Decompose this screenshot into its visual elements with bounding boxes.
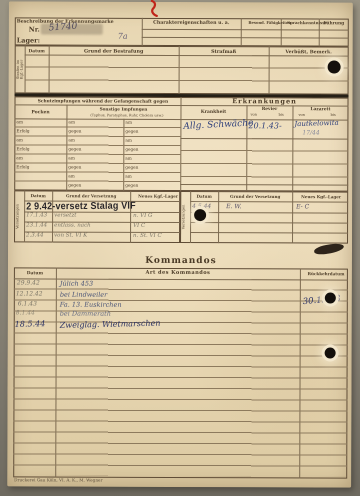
vaccinations-title: Schutzimpfungen während der Gefangenscha… xyxy=(38,99,158,104)
tl-lager-header: Neues Kgf.-Lager xyxy=(138,195,172,199)
row-label: am xyxy=(125,157,132,161)
punish-grund-header: Grund der Bestrafung xyxy=(62,49,166,54)
footer-imprint: Druckerei Gau Köln, VI. A. K., M. Wegner xyxy=(14,478,102,483)
nr-label: Nr. xyxy=(29,26,40,33)
kdo-rueck-header: Rückkehrdatum xyxy=(308,272,341,276)
ruled-rows xyxy=(25,54,349,91)
row-label: gegen xyxy=(68,166,81,170)
punishments-side-label: Strafen im Kgf.-Lager xyxy=(17,55,23,84)
kommandos-title: Kommandos xyxy=(14,256,348,266)
divider xyxy=(218,191,219,243)
row-label: gegen xyxy=(125,184,138,188)
transfer-row-datum: 17.1.43 xyxy=(26,213,47,219)
divider xyxy=(292,191,293,243)
transfer-row-grund: entlass. nach xyxy=(54,224,91,230)
row-label: Erfolg xyxy=(16,147,29,151)
col-sprachen-header: Sprachkenntnisse xyxy=(287,21,312,25)
tr-grund-header: Grund der Versetzung xyxy=(230,195,280,199)
lazarett-header: Lazarett xyxy=(300,107,340,111)
punish-strafmass-header: Strafmaß xyxy=(188,50,260,55)
transfer-row-lager: VI C xyxy=(133,224,145,230)
col-charakter-header: Charaktereigenschaften u. a. xyxy=(153,21,230,26)
kdo-row-art: bei Dammerath xyxy=(60,311,111,318)
lazarett-bis-label: bis xyxy=(330,114,335,118)
hole-punch-icon xyxy=(325,293,336,304)
tl-datum-header: Datum xyxy=(29,194,48,198)
illness-entry-lazarett: Jautkelowita xyxy=(294,120,339,128)
ruled-rows xyxy=(180,138,348,179)
row-label: gegen xyxy=(68,184,81,188)
divider xyxy=(130,191,131,243)
hole-punch-icon xyxy=(328,61,341,74)
row-label: Erfolg xyxy=(16,129,29,133)
illness-entry-note: 17/44 xyxy=(302,130,319,136)
row-label: am xyxy=(125,139,132,143)
transfers-right-side-label: Versetzungen xyxy=(182,201,188,232)
transfer-row-datum: 2.3.44 xyxy=(26,233,44,239)
row-label: am xyxy=(16,156,23,160)
transfer-row-datum: 23.1.44 xyxy=(26,223,47,229)
sonstige-subheader: (Typhus, Paratyphus, Ruhr, Cholera usw.) xyxy=(90,114,156,118)
punish-verbuesst-header: Verbüßt, Bemerk. xyxy=(277,50,339,55)
punish-datum-header: Datum xyxy=(28,49,45,53)
revier-header: Revier xyxy=(253,107,286,111)
row-label: am xyxy=(16,138,23,142)
row-label: am xyxy=(16,120,23,124)
kdo-row-art: Fa. 13. Euskirchen xyxy=(60,302,122,309)
tl-grund-header: Grund der Versetzung xyxy=(65,195,118,199)
lager-label: Lager: xyxy=(17,37,40,44)
transfers-left-side-label: Versetzungen xyxy=(16,201,22,232)
kdo-row-art: bei Lindweiler xyxy=(60,292,107,299)
transfer-row-grund: von St. VI K xyxy=(54,234,87,240)
kdo-datum-header: Datum xyxy=(20,271,50,275)
kdo-row-datum: 6.1.43 xyxy=(18,301,37,307)
scanned-document: Beschreibung der Erkennungsmarke Nr. 517… xyxy=(0,0,360,496)
row-label: gegen xyxy=(68,148,81,152)
divider xyxy=(241,18,242,46)
krankheit-header: Krankheit xyxy=(189,110,239,115)
divider xyxy=(190,191,191,243)
row-label: gegen xyxy=(125,166,138,170)
transfer-row-lager: E- C xyxy=(296,204,309,210)
kdo-art-header: Art des Kommandos xyxy=(74,270,281,276)
nr-value-handwritten: 51740 xyxy=(49,23,78,34)
divider xyxy=(142,18,143,46)
kdo-row-datum: 12.12.42 xyxy=(16,291,43,297)
pocken-header: Pocken xyxy=(21,110,60,115)
hole-punch-icon xyxy=(325,348,336,359)
lager-value-handwritten: 7a xyxy=(118,33,128,41)
tr-lager-header: Neues Kgf.-Lager xyxy=(301,195,339,199)
transfer-row-lager: n. VI G xyxy=(133,214,152,220)
row-label: gegen xyxy=(125,130,138,134)
row-label: am xyxy=(68,175,75,179)
paper-sheet-group: Beschreibung der Erkennungsmarke Nr. 517… xyxy=(0,0,360,496)
illness-entry-revier: 20.1.43- xyxy=(248,122,281,130)
row-label: gegen xyxy=(68,130,81,134)
row-label: am xyxy=(68,121,75,125)
row-label: am xyxy=(68,157,75,161)
divider xyxy=(24,190,25,242)
illness-title: Erkrankungen xyxy=(181,98,349,105)
row-label: Erfolg xyxy=(16,165,29,169)
row-label: am xyxy=(68,139,75,143)
kdo-row-datum: 29.9.42 xyxy=(17,280,40,286)
transfer-row-grund: E. W. xyxy=(226,204,241,210)
lazarett-von-label: von xyxy=(298,113,305,117)
tr-datum-header: Datum xyxy=(195,195,214,199)
col-faehigkeiten-header: Besond. Fähigkeiten xyxy=(248,21,273,25)
ruled-rows xyxy=(14,118,180,190)
col-fuehrung-header: Führung xyxy=(323,21,345,25)
row-label: gegen xyxy=(125,148,138,152)
red-ink-mark xyxy=(148,0,162,18)
kdo-row-datum: 18.5.44 xyxy=(15,320,46,329)
sonstige-header: Sonstige Impfungen xyxy=(84,108,164,112)
transfer-stamp: 2 9.42-versetz Stalag VIF xyxy=(26,202,136,213)
divider xyxy=(52,191,53,243)
row-label: am xyxy=(125,175,132,179)
transfer-row-lager: n. St. VI C xyxy=(133,234,162,240)
hole-punch-icon xyxy=(194,209,206,221)
row-label: am xyxy=(125,121,132,125)
transfer-row-grund: versetzt xyxy=(54,214,76,220)
kdo-row-datum: 8.1.44 xyxy=(16,310,35,316)
revier-bis-label: bis xyxy=(278,113,283,117)
revier-von-label: von xyxy=(250,113,257,117)
kdo-row-art: Jülich 453 xyxy=(60,281,93,288)
